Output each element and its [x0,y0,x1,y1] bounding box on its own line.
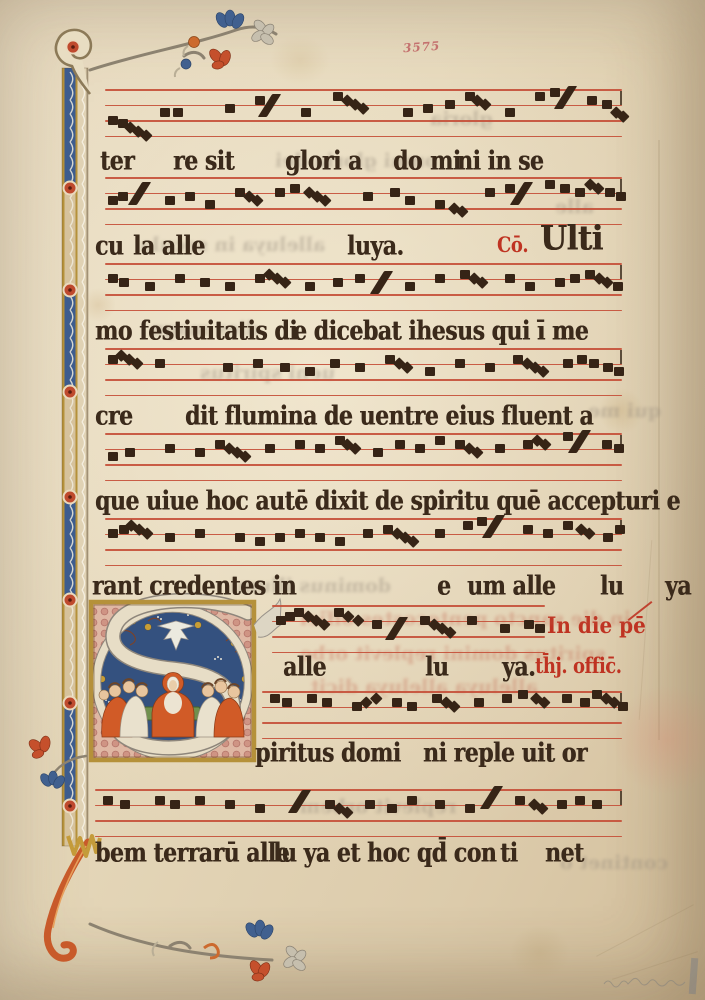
parchment-scratch [596,904,694,957]
staff-line [95,820,622,822]
neume [155,359,165,368]
neume [405,282,415,291]
neume [355,274,365,283]
neume [155,796,165,805]
lyric-text: ni reple uit or [423,738,587,769]
manuscript-page: 3575 In die pē [0,0,705,1000]
neume [120,800,130,809]
neume [423,104,433,113]
neume [108,529,118,538]
lyric-text: piritus domi [255,738,401,769]
staff-line [105,120,622,122]
lyric-text: cu [95,231,123,262]
border-bar [62,68,90,846]
staff-line [105,433,622,435]
neume [592,800,602,809]
neume [589,359,599,368]
neume [265,444,275,453]
neume [370,271,393,294]
staff-end-tick [620,91,622,105]
neume [275,188,285,197]
neume [315,444,325,453]
neume [372,620,382,629]
orange-tail-icon [47,842,88,958]
neume [255,537,265,546]
neume [395,440,405,449]
neume [615,525,625,534]
neume [563,521,573,530]
staff-line [105,549,622,551]
neume [515,796,525,805]
neume [335,537,345,546]
lyric-text: re sit [173,146,234,177]
neume [505,108,515,117]
staff-line [262,722,622,724]
neume [603,363,613,372]
parchment-stain [510,925,570,980]
neume [282,698,292,707]
neume [108,452,118,461]
neume [477,517,487,526]
neume [200,278,210,287]
border-side-sprig-icon [20,736,92,798]
neume [330,359,340,368]
neume [616,192,626,201]
staff-line [272,605,545,607]
neume [119,278,129,287]
neume [365,800,375,809]
lyric-text: cre [95,401,132,432]
neume [165,196,175,205]
lyric-text: luya. [347,231,404,262]
lyric-text: ti [500,838,518,869]
neume [315,533,325,542]
border-top-branch-icon [88,12,298,84]
neume [557,800,567,809]
neume [435,800,445,809]
neume [435,436,445,445]
lyric-text: e [437,571,451,602]
neume [435,200,445,209]
neume [575,796,585,805]
staff-end-tick [620,350,622,364]
neume [295,529,305,538]
neume [602,440,612,449]
staff-line [272,636,545,638]
neume [505,274,515,283]
staff-line [105,208,622,210]
neume [463,521,473,530]
apostles-right [196,679,244,737]
neume [255,96,265,105]
staff-line [105,136,622,138]
lyric-text: la alle [133,231,205,262]
staff-line [105,310,622,312]
neume [535,624,545,633]
neume [502,694,512,703]
neume [280,363,290,372]
neume [577,355,587,364]
neume [255,804,265,813]
lyric-text: do [393,146,422,177]
staff-line [105,395,622,397]
neume [305,367,315,376]
neume [165,444,175,453]
staff-line [105,379,622,381]
neume [223,363,233,372]
staff-line [105,177,622,179]
neume [535,92,545,101]
neume [545,180,555,189]
neume [305,282,315,291]
neume [253,359,263,368]
neume [474,698,484,707]
neume [295,440,305,449]
neume [270,694,280,703]
neume [605,188,615,197]
neume [575,188,585,197]
lyric-text: lu [425,652,448,683]
show-through-text: replevit orbem [300,796,457,818]
neume [543,529,553,538]
lyric-text: th̄j. offic̄. [535,652,622,683]
neume [403,108,413,117]
lyric-text: lu [600,571,623,602]
lyric-text: dit flumina de uentre eius fluent a [185,401,593,432]
lyric-text: rant credentes in [92,571,296,602]
neume [618,702,628,711]
red-leaf-icon [207,47,232,70]
neume [225,282,235,291]
neume [108,116,118,125]
staff-line [95,789,622,791]
neume [275,533,285,542]
neume [415,444,425,453]
neume [602,100,612,109]
collector-inscription [602,970,702,996]
orange-leaf-icon [27,735,52,760]
neume [307,694,317,703]
lyric-text: ya. [502,652,535,683]
lyric-text: e dicebat ihesus qui ī me [293,316,588,347]
neume [505,184,515,193]
lyric-text: ter [100,146,134,177]
neume [301,108,311,117]
staff-line [105,480,622,482]
show-through-text: gloria [430,108,493,130]
neume [290,184,300,193]
neume [333,278,343,287]
neume [387,804,397,813]
lyric-text: mo festiuitatis di [95,316,297,347]
neume [562,694,572,703]
neume [118,192,128,201]
neume [355,363,365,372]
neume [405,196,415,205]
neume [195,448,205,457]
neume [435,529,445,538]
neume [103,796,113,805]
neume [225,104,235,113]
neume [587,96,597,105]
silver-quatrefoil-leaf-icon [250,18,276,47]
neume [425,367,435,376]
staff-end-tick [620,791,622,805]
staff-line [105,348,622,350]
neume [195,796,205,805]
lyric-text: ya [665,571,691,602]
neume [523,525,533,534]
neume [235,533,245,542]
neume [145,282,155,291]
neume [108,196,118,205]
neume [495,444,505,453]
parchment-crease [658,140,660,740]
lyric-text: glori a [285,146,362,177]
neume [225,800,235,809]
edge-stamp-mark [689,958,698,994]
neume [563,359,573,368]
neume [518,690,528,699]
lyric-text: Cō. [497,231,528,262]
neume [125,448,135,457]
neume [455,359,465,368]
lyric-text: bem terrarū alle [95,838,289,869]
staff-end-tick [620,265,622,279]
neume [614,367,624,376]
grey-quatrefoil-leaf-icon [282,944,308,973]
neume [465,804,475,813]
neume [407,796,417,805]
neume [580,698,590,707]
staff-line [105,263,622,265]
show-through-text: alle [555,196,594,218]
staff-line [262,707,622,709]
neume [524,620,534,629]
shelf-number-mark: 3575 [403,39,441,56]
neume [614,444,624,453]
blue-ball-ornament-icon [181,59,191,69]
neume [485,363,495,372]
neume [185,192,195,201]
lyric-text: net [545,838,584,869]
blue-trefoil-leaf-icon [243,920,275,941]
staff-end-tick [620,179,622,193]
neume [363,192,373,201]
neume [613,282,623,291]
show-through-text: qui me [588,400,661,422]
staff-line [105,565,622,567]
neume [205,200,215,209]
neume [570,274,580,283]
staff-line [105,464,622,466]
staff-line [105,294,622,296]
neume [435,274,445,283]
neume [173,108,183,117]
blue-leaf-icon [38,771,66,790]
neume [485,188,495,197]
neume [550,88,560,97]
parchment-stain [270,35,330,85]
neume [525,282,535,291]
neume [563,432,573,441]
orange-ball-ornament-icon [189,37,200,48]
neume [392,698,402,707]
neume [560,184,570,193]
neume [195,529,205,538]
orange-trefoil-leaf-icon [248,959,273,982]
neume [500,624,510,633]
staff-line [105,89,622,91]
neume [407,702,417,711]
neume [445,100,455,109]
lyric-text: lu ya et hoc qd̄ con [273,838,496,869]
neume [160,108,170,117]
staff-line [95,836,622,838]
neume [322,698,332,707]
neume [108,274,118,283]
neume [170,800,180,809]
lyric-text: Ulti [540,225,603,253]
neume [603,533,613,542]
neume [363,529,373,538]
neume [373,448,383,457]
neume [175,274,185,283]
staff-line [262,691,622,693]
neume [467,616,477,625]
neume [165,533,175,542]
lyric-text: ni in se [457,146,543,177]
neume [390,188,400,197]
lyric-text: alle [283,652,326,683]
lyric-text: que uiue hoc autē dixit de spiritu quē a… [95,486,680,517]
neume [555,278,565,287]
lyric-text: um alle [467,571,555,602]
staff-line [105,518,622,520]
